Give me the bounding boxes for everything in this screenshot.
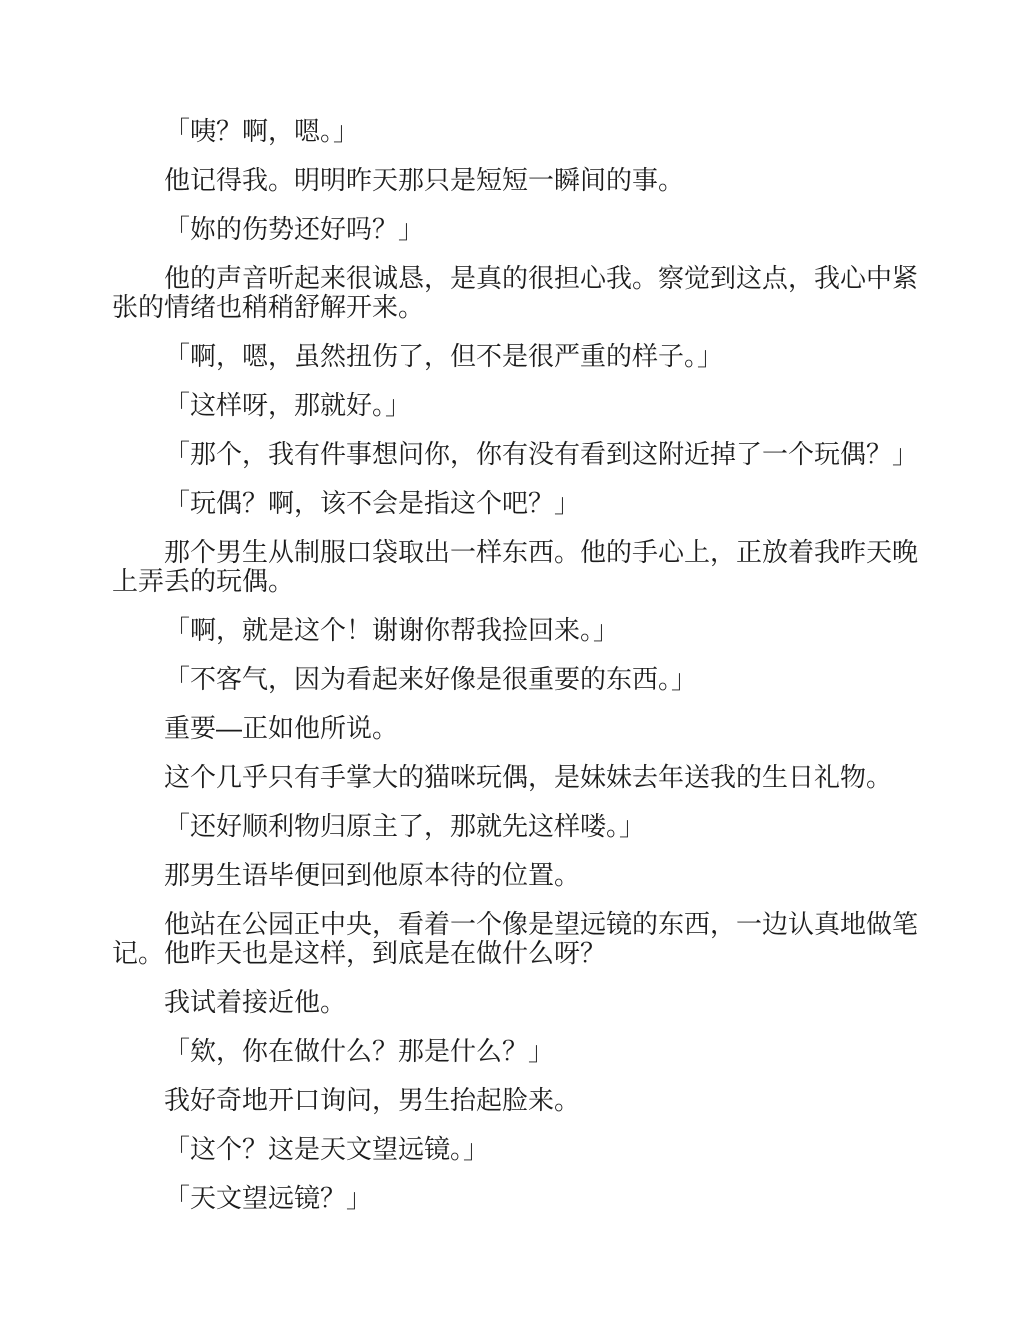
dialogue-line: 「天文望远镜？」 [112, 1184, 924, 1213]
dialogue-line: 「那个，我有件事想问你，你有没有看到这附近掉了一个玩偶？」 [112, 440, 924, 469]
dialogue-line: 「这个？这是天文望远镜。」 [112, 1135, 924, 1164]
narration-line: 这个几乎只有手掌大的猫咪玩偶，是妹妹去年送我的生日礼物。 [112, 763, 924, 792]
novel-text-page: 「咦？啊，嗯。」 他记得我。明明昨天那只是短短一瞬间的事。 「妳的伤势还好吗？」… [0, 0, 1020, 1320]
narration-line: 他站在公园正中央，看着一个像是望远镜的东西，一边认真地做笔记。他昨天也是这样，到… [112, 910, 924, 968]
dialogue-line: 「玩偶？啊，该不会是指这个吧？」 [112, 489, 924, 518]
narration-line: 那男生语毕便回到他原本待的位置。 [112, 861, 924, 890]
dialogue-line: 「欸，你在做什么？那是什么？」 [112, 1037, 924, 1066]
narration-line: 我好奇地开口询问，男生抬起脸来。 [112, 1086, 924, 1115]
dialogue-line: 「还好顺利物归原主了，那就先这样喽。」 [112, 812, 924, 841]
dialogue-line: 「不客气，因为看起来好像是很重要的东西。」 [112, 665, 924, 694]
narration-line: 我试着接近他。 [112, 988, 924, 1017]
narration-line: 他的声音听起来很诚恳，是真的很担心我。察觉到这点，我心中紧张的情绪也稍稍舒解开来… [112, 264, 924, 322]
dialogue-line: 「啊，嗯，虽然扭伤了，但不是很严重的样子。」 [112, 342, 924, 371]
dialogue-line: 「妳的伤势还好吗？」 [112, 215, 924, 244]
dialogue-line: 「这样呀，那就好。」 [112, 391, 924, 420]
narration-line: 重要—正如他所说。 [112, 714, 924, 743]
dialogue-line: 「咦？啊，嗯。」 [112, 117, 924, 146]
dialogue-line: 「啊，就是这个！谢谢你帮我捡回来。」 [112, 616, 924, 645]
narration-line: 那个男生从制服口袋取出一样东西。他的手心上，正放着我昨天晚上弄丢的玩偶。 [112, 538, 924, 596]
narration-line: 他记得我。明明昨天那只是短短一瞬间的事。 [112, 166, 924, 195]
